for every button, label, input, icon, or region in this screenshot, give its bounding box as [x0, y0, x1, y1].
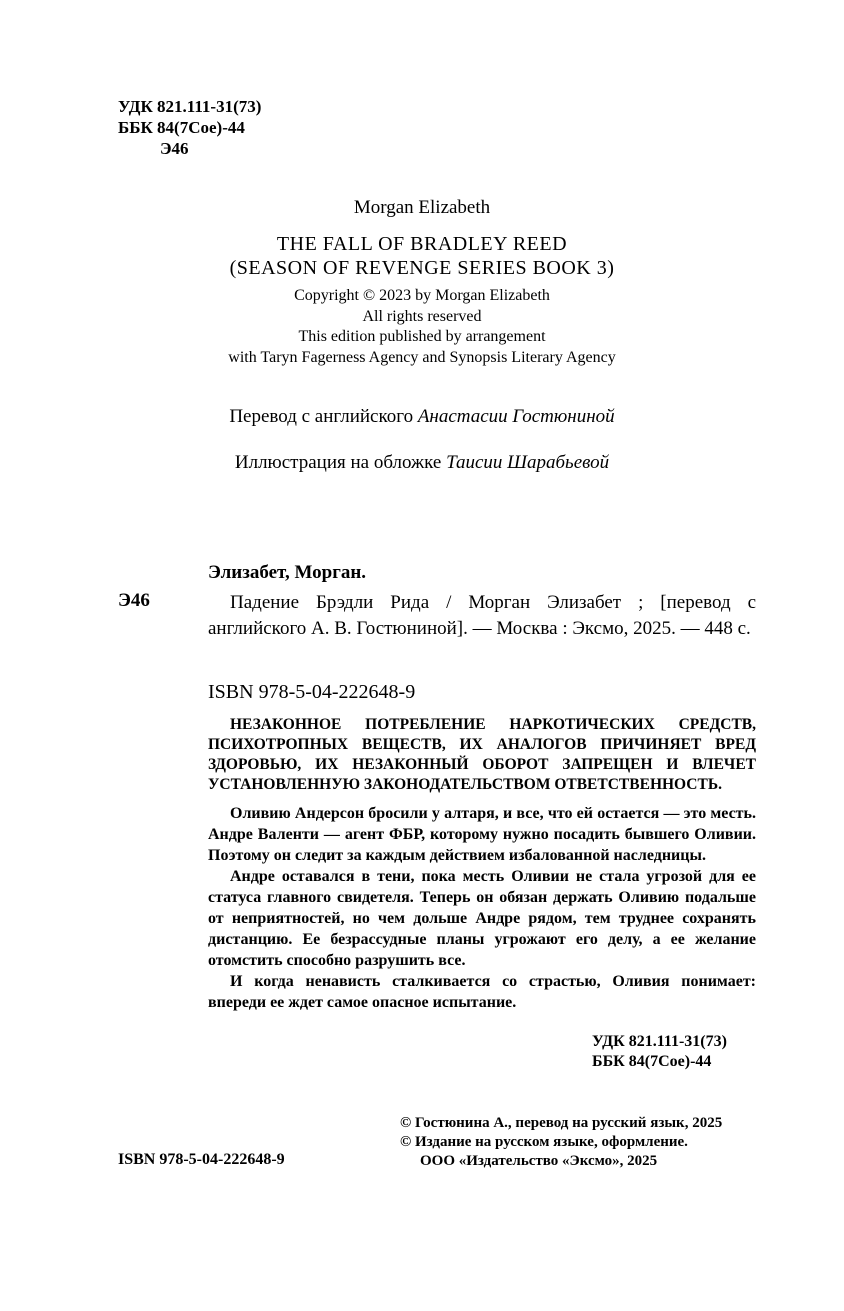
udk-code: УДК 821.111-31(73) — [118, 96, 261, 117]
udk-code: УДК 821.111-31(73) — [592, 1032, 727, 1052]
annotation: Оливию Андерсон бросили у алтаря, и все,… — [208, 803, 756, 1013]
classification-codes-bottom: УДК 821.111-31(73) ББК 84(7Сое)-44 — [592, 1032, 727, 1072]
catalog-code: Э46 — [118, 590, 150, 612]
rights-line: Copyright © 2023 by Morgan Elizabeth — [0, 286, 844, 307]
annotation-paragraph: Оливию Андерсон бросили у алтаря, и все,… — [208, 803, 756, 866]
catalog-description-text: Падение Брэдли Рида / Морган Элизабет ; … — [208, 592, 756, 639]
bbk-code: ББК 84(7Сое)-44 — [118, 117, 261, 138]
original-title-line-2: (SEASON OF REVENGE SERIES BOOK 3) — [0, 256, 844, 280]
legal-warning: НЕЗАКОННОЕ ПОТРЕБЛЕНИЕ НАРКОТИЧЕСКИХ СРЕ… — [208, 715, 756, 795]
copyright-line: © Гостюнина А., перевод на русский язык,… — [400, 1114, 722, 1133]
translator-name: Анастасии Гостюниной — [418, 406, 615, 427]
isbn-bottom: ISBN 978-5-04-222648-9 — [118, 1151, 285, 1169]
catalog-author-heading: Элизабет, Морган. — [208, 562, 366, 584]
rights-line: with Taryn Fagerness Agency and Synopsis… — [0, 348, 844, 369]
copyright-line: © Издание на русском языке, оформление. — [400, 1133, 722, 1152]
illustrator-name: Таисии Шарабьевой — [446, 452, 609, 473]
rights-line: This edition published by arrangement — [0, 327, 844, 348]
translator-label: Перевод с английского — [229, 406, 418, 427]
author-mark: Э46 — [118, 138, 261, 159]
rights-line: All rights reserved — [0, 307, 844, 328]
translator-credit: Перевод с английского Анастасии Гостюнин… — [0, 406, 844, 428]
annotation-paragraph: Андре оставался в тени, пока месть Оливи… — [208, 866, 756, 971]
legal-warning-text: НЕЗАКОННОЕ ПОТРЕБЛЕНИЕ НАРКОТИЧЕСКИХ СРЕ… — [208, 716, 756, 793]
original-title: THE FALL OF BRADLEY REED (SEASON OF REVE… — [0, 232, 844, 280]
original-author: Morgan Elizabeth — [0, 197, 844, 219]
copyright-notices: © Гостюнина А., перевод на русский язык,… — [400, 1114, 722, 1171]
illustrator-credit: Иллюстрация на обложке Таисии Шарабьевой — [0, 452, 844, 474]
illustrator-label: Иллюстрация на обложке — [235, 452, 446, 473]
original-title-line-1: THE FALL OF BRADLEY REED — [0, 232, 844, 256]
annotation-paragraph: И когда ненависть сталкивается со страст… — [208, 971, 756, 1013]
copyright-line: ООО «Издательство «Эксмо», 2025 — [400, 1152, 722, 1171]
isbn-main: ISBN 978-5-04-222648-9 — [208, 681, 415, 704]
bbk-code: ББК 84(7Сое)-44 — [592, 1052, 727, 1072]
rights-block: Copyright © 2023 by Morgan Elizabeth All… — [0, 286, 844, 368]
classification-codes-top: УДК 821.111-31(73) ББК 84(7Сое)-44 Э46 — [118, 96, 261, 159]
catalog-description: Падение Брэдли Рида / Морган Элизабет ; … — [208, 590, 756, 642]
